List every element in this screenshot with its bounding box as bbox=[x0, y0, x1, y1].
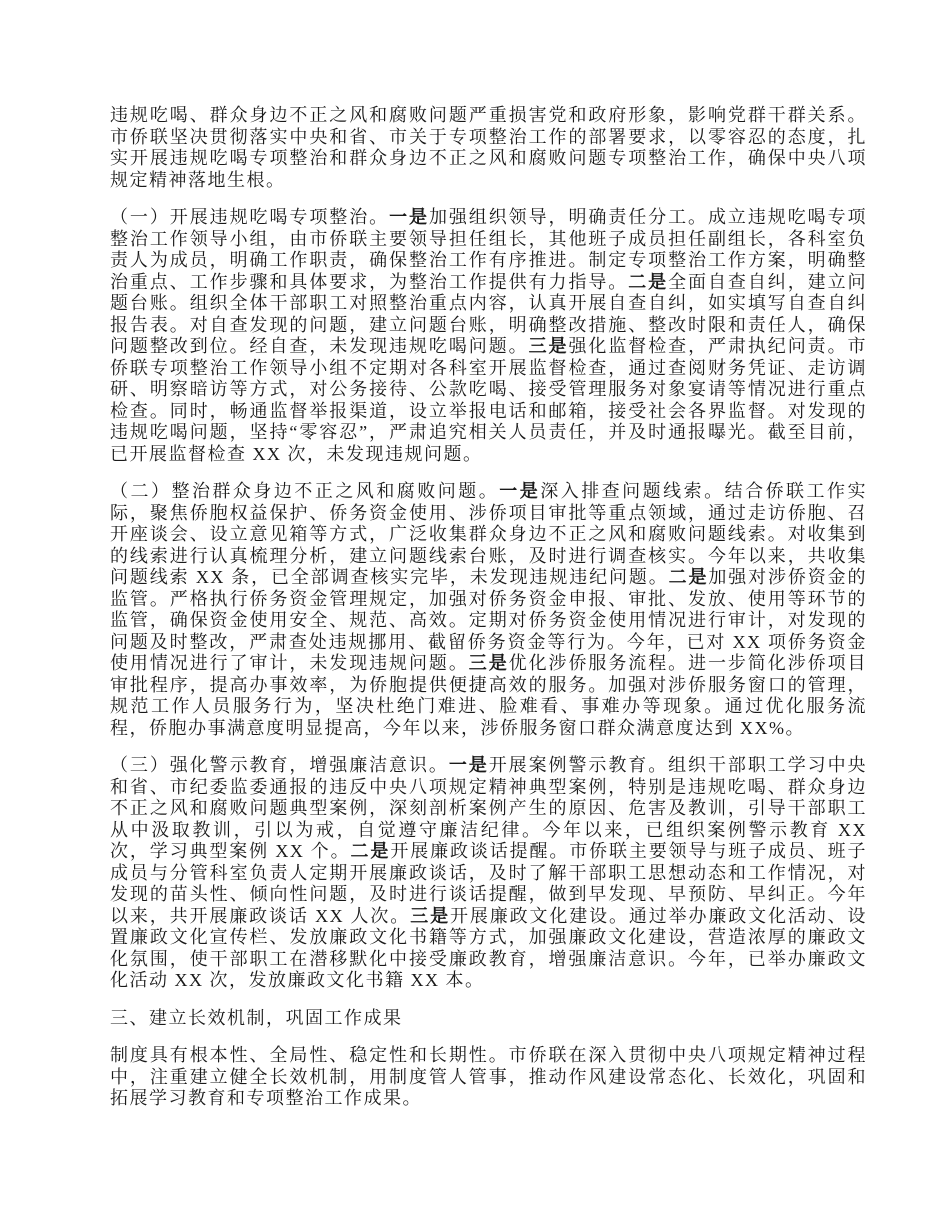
text-run: （一）开展违规吃喝专项整治。 bbox=[110, 207, 389, 227]
emphasis-run: 三是 bbox=[410, 906, 450, 926]
paragraph: （三）强化警示教育，增强廉洁意识。一是开展案例警示教育。组织干部职工学习中央和省… bbox=[110, 755, 867, 992]
emphasis-run: 二是 bbox=[351, 841, 391, 861]
emphasis-run: 二是 bbox=[628, 272, 668, 292]
paragraph: （二）整治群众身边不正之风和腐败问题。一是深入排查问题线索。结合侨联工作实际，聚… bbox=[110, 481, 867, 739]
text-run: 违规吃喝、群众身边不正之风和腐败问题严重损害党和政府形象，影响党群干群关系。市侨… bbox=[110, 105, 867, 190]
emphasis-run: 一是 bbox=[389, 207, 429, 227]
text-run: （二）整治群众身边不正之风和腐败问题。 bbox=[110, 481, 499, 501]
emphasis-run: 二是 bbox=[669, 567, 709, 587]
emphasis-run: 一是 bbox=[499, 481, 540, 501]
document-page: 违规吃喝、群众身边不正之风和腐败问题严重损害党和政府形象，影响党群干群关系。市侨… bbox=[0, 0, 950, 1230]
paragraph: 制度具有根本性、全局性、稳定性和长期性。市侨联在深入贯彻中央八项规定精神过程中，… bbox=[110, 1045, 867, 1110]
section-heading: 三、建立长效机制，巩固工作成果 bbox=[110, 1008, 867, 1030]
text-run: 制度具有根本性、全局性、稳定性和长期性。市侨联在深入贯彻中央八项规定精神过程中，… bbox=[110, 1045, 867, 1108]
emphasis-run: 一是 bbox=[449, 755, 489, 775]
document-body: 违规吃喝、群众身边不正之风和腐败问题严重损害党和政府形象，影响党群干群关系。市侨… bbox=[110, 105, 867, 1110]
emphasis-run: 三是 bbox=[469, 653, 509, 673]
text-run: （三）强化警示教育，增强廉洁意识。 bbox=[110, 755, 449, 775]
text-run: 三、建立长效机制，巩固工作成果 bbox=[110, 1008, 403, 1028]
paragraph: （一）开展违规吃喝专项整治。一是加强组织领导，明确责任分工。成立违规吃喝专项整治… bbox=[110, 207, 867, 465]
paragraph: 违规吃喝、群众身边不正之风和腐败问题严重损害党和政府形象，影响党群干群关系。市侨… bbox=[110, 105, 867, 191]
emphasis-run: 三是 bbox=[529, 336, 569, 356]
